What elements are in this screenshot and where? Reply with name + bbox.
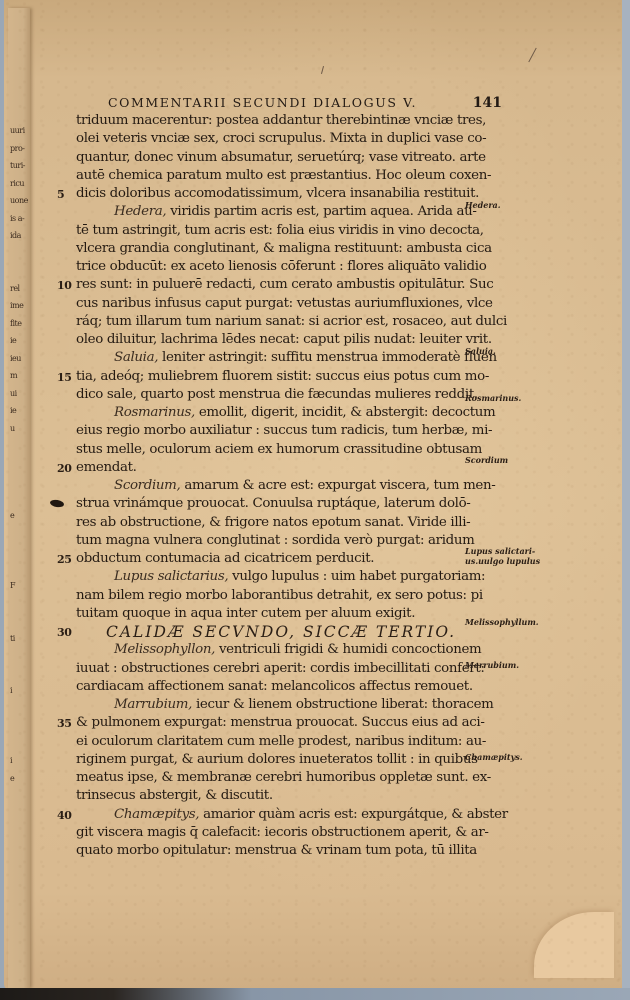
text-line: Saluia, leniter astringit: suffitu menst… [76,349,461,367]
page-number: 141 [473,95,502,111]
line-text: cus naribus infusus caput purgat: vetust… [76,296,493,311]
line-text: ráq; tum illarum tum narium sanat: si ac… [76,314,507,329]
line-text: triduum macerentur: postea addantur ther… [76,113,486,128]
previous-page-text-fragment: ricu [10,179,24,189]
section-heading-line: 30CALIDÆ SECVNDO, SICCÆ TERTIO. [76,623,461,641]
line-text: obductum contumacia ad cicatricem perduc… [76,551,374,566]
previous-page-text-fragment: pro- [10,144,24,154]
text-line: nam bilem regio morbo laborantibus detra… [76,587,461,605]
margin-note: Rosmarinus. [465,393,521,403]
ink-blot [49,499,64,508]
margin-note: Hedera. [465,200,501,210]
line-text: leniter astringit: suffitu menstrua immo… [158,350,497,365]
line-text: res ab obstructione, & frigore natos epo… [76,515,470,530]
line-text: viridis partim acris est, partim aquea. … [166,204,476,219]
line-text: iuuat : obstructiones cerebri aperit: co… [76,661,485,676]
text-line: Rosmarinus, emollit, digerit, incidit, &… [76,404,461,422]
previous-page-text-fragment: i [10,686,12,696]
line-number: 20 [57,460,72,478]
line-text: nam bilem regio morbo laborantibus detra… [76,588,483,603]
line-number: 15 [57,369,72,387]
line-number: 5 [57,186,64,204]
pencil-mark [321,66,324,74]
line-text: meatus ipse, & membranæ cerebri humoribu… [76,770,491,785]
line-text: dicis doloribus accomodatissimum, vlcera… [76,186,479,201]
text-line: Scordium, amarum & acre est: expurgat vi… [76,477,461,495]
line-number: 35 [57,715,72,733]
margin-note: Saluia. [465,346,496,356]
text-line: 40Chamæpitys, amarior quàm acris est: ex… [76,806,461,824]
line-text: trice obducūt: ex aceto lienosis cōferun… [76,259,486,274]
previous-page-text-fragment: ie [10,336,16,346]
line-text: quantur, donec vinum absumatur, seruetúr… [76,150,486,165]
text-line: quato morbo opitulatur: menstrua & vrina… [76,842,461,860]
page-corner-fold [534,912,614,978]
previous-page-text-fragment: ieu [10,354,21,364]
line-text: vlcera grandia conglutinant, & maligna r… [76,241,492,256]
book-page: uuripro-turi-ricuuoneis a-idarelimefitei… [4,0,622,990]
line-text: tuitam quoque in aqua inter cutem per al… [76,606,415,621]
text-line: quantur, donec vinum absumatur, seruetúr… [76,149,461,167]
previous-page-text-fragment: ui [10,389,17,399]
text-line: iuuat : obstructiones cerebri aperit: co… [76,660,461,678]
previous-page-text-fragment: e [10,774,14,784]
text-line: trinsecus abstergit, & discutit. [76,787,461,805]
text-line: Lupus salictarius, vulgo lupulus : uim h… [76,568,461,586]
text-line: oleo diluitur, lachrima lēdes necat: cap… [76,331,461,349]
previous-page-text-fragment: ida [10,231,21,241]
scan-backdrop-bottom [0,988,630,1000]
line-text: ei oculorum claritatem cum melle prodest… [76,734,486,749]
line-text: autē chemica paratum multo est præstanti… [76,168,491,183]
line-text: tia, adeóq; muliebrem fluorem sistit: su… [76,369,489,384]
body-text: triduum macerentur: postea addantur ther… [76,112,461,860]
scan-backdrop-right [622,0,630,1000]
previous-page-text-fragment: F [10,581,15,591]
text-line: trice obducūt: ex aceto lienosis cōferun… [76,258,461,276]
line-text: iecur & lienem obstructione liberat: tho… [192,697,493,712]
previous-page-text-fragment: uone [10,196,28,206]
line-text: emendat. [76,460,137,475]
line-text: quato morbo opitulatur: menstrua & vrina… [76,843,477,858]
line-text: & pulmonem expurgat: menstrua prouocat. … [76,715,485,730]
previous-page-text-fragment: rel [10,284,20,294]
text-line: vlcera grandia conglutinant, & maligna r… [76,240,461,258]
margin-note: Chamæpitys. [465,752,523,762]
text-line: 35& pulmonem expurgat: menstrua prouocat… [76,714,461,732]
line-text: res sunt: in puluerē redacti, cum cerato… [76,277,493,292]
running-head: Commentarii secundi dialogus V. 141 [108,95,502,111]
previous-page-text-fragment: ime [10,301,23,311]
text-line: git viscera magis q̄ calefacit: iecoris … [76,824,461,842]
text-line: riginem purgat, & aurium dolores inueter… [76,751,461,769]
text-line: eius regio morbo auxiliatur : succus tum… [76,422,461,440]
line-number: 30 [57,624,72,642]
pencil-mark [528,48,536,63]
line-text: cardiacam affectionem sanat: melancolico… [76,679,473,694]
text-line: autē chemica paratum multo est præstanti… [76,167,461,185]
line-text: eius regio morbo auxiliatur : succus tum… [76,423,492,438]
line-text: ventriculi frigidi & humidi concoctionem [215,642,481,657]
margin-note: Scordium [465,455,508,465]
entry-term: Saluia, [114,350,158,365]
text-line: tē tum astringit, tum acris est: folia e… [76,222,461,240]
line-text: dico sale, quarto post menstrua die fæcu… [76,387,478,402]
previous-page-text-fragment: m [10,371,17,381]
previous-page-text-fragment: turi- [10,161,25,171]
previous-page-text-fragment: ie [10,406,16,416]
text-line: Melissophyllon, ventriculi frigidi & hum… [76,641,461,659]
text-line: ei oculorum claritatem cum melle prodest… [76,733,461,751]
line-text: trinsecus abstergit, & discutit. [76,788,273,803]
entry-term: Lupus salictarius, [114,569,228,584]
margin-note: Melissophyllum. [465,617,539,627]
entry-term: Hedera, [114,204,166,219]
text-line: dico sale, quarto post menstrua die fæcu… [76,386,461,404]
line-text: vulgo lupulus : uim habet purgatoriam: [228,569,485,584]
line-text: stus melle, oculorum aciem ex humorum cr… [76,442,482,457]
text-line: 25obductum contumacia ad cicatricem perd… [76,550,461,568]
margin-note: us.uulgo lupulus [465,556,540,566]
text-line: tuitam quoque in aqua inter cutem per al… [76,605,461,623]
entry-term: Scordium, [114,478,180,493]
entry-term: Marrubium, [114,697,192,712]
entry-term: Chamæpitys, [114,807,199,822]
line-number: 25 [57,551,72,569]
text-line: meatus ipse, & membranæ cerebri humoribu… [76,769,461,787]
line-text: oleo diluitur, lachrima lēdes necat: cap… [76,332,492,347]
text-line: Hedera, viridis partim acris est, partim… [76,203,461,221]
text-line: 5dicis doloribus accomodatissimum, vlcer… [76,185,461,203]
text-line: strua vrinámque prouocat. Conuulsa ruptá… [76,495,461,513]
previous-page-text-fragment: e [10,511,14,521]
text-line: triduum macerentur: postea addantur ther… [76,112,461,130]
text-line: cus naribus infusus caput purgat: vetust… [76,295,461,313]
line-text: strua vrinámque prouocat. Conuulsa ruptá… [76,496,470,511]
line-text: riginem purgat, & aurium dolores inueter… [76,752,478,767]
line-number: 40 [57,807,72,825]
line-text: git viscera magis q̄ calefacit: iecoris … [76,825,489,840]
text-line: 10res sunt: in puluerē redacti, cum cera… [76,276,461,294]
previous-page-text-fragment: u [10,424,15,434]
text-line: 20emendat. [76,459,461,477]
previous-page-text-fragment: fite [10,319,21,329]
line-text: tum magna vulnera conglutinat : sordida … [76,533,475,548]
text-line: Marrubium, iecur & lienem obstructione l… [76,696,461,714]
previous-page-edge: uuripro-turi-ricuuoneis a-idarelimefitei… [8,8,30,988]
previous-page-text-fragment: i [10,756,12,766]
text-line: res ab obstructione, & frigore natos epo… [76,514,461,532]
previous-page-text-fragment: is a- [10,214,24,224]
line-number: 10 [57,277,72,295]
text-line: stus melle, oculorum aciem ex humorum cr… [76,441,461,459]
margin-note: Lupus salictari- [465,546,535,556]
entry-term: Melissophyllon, [114,642,215,657]
line-text: amarior quàm acris est: expurgátque, & a… [199,807,508,822]
line-text: tē tum astringit, tum acris est: folia e… [76,223,484,238]
line-text: amarum & acre est: expurgat viscera, tum… [180,478,495,493]
line-text: emollit, digerit, incidit, & abstergit: … [195,405,495,420]
text-line: ráq; tum illarum tum narium sanat: si ac… [76,313,461,331]
running-head-title: Commentarii secundi dialogus V. [108,95,417,110]
entry-term: Rosmarinus, [114,405,195,420]
text-line: 15tia, adeóq; muliebrem fluorem sistit: … [76,368,461,386]
margin-note: Marrubium. [465,660,519,670]
previous-page-text-fragment: uuri [10,126,25,136]
text-line: tum magna vulnera conglutinat : sordida … [76,532,461,550]
line-text: CALIDÆ SECVNDO, SICCÆ TERTIO. [106,623,456,641]
previous-page-text-fragment: ti [10,634,15,644]
scanned-page-view: uuripro-turi-ricuuoneis a-idarelimefitei… [0,0,630,1000]
text-line: cardiacam affectionem sanat: melancolico… [76,678,461,696]
line-text: olei veteris vnciæ sex, croci scrupulus.… [76,131,486,146]
text-line: olei veteris vnciæ sex, croci scrupulus.… [76,130,461,148]
